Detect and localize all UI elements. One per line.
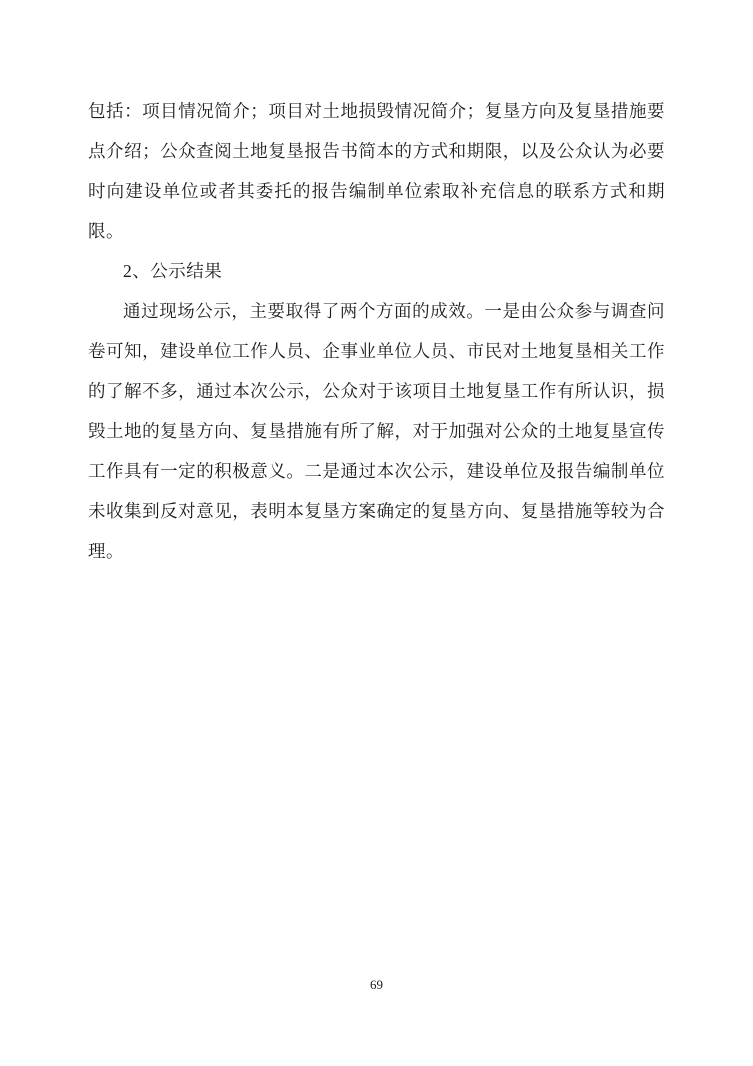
paragraph-public-notice-results: 通过现场公示，主要取得了两个方面的成效。一是由公众参与调查问 卷可知，建设单位工… [88,291,665,571]
text-line: 卷可知，建设单位工作人员、企事业单位人员、市民对土地复垦相关工作 [88,331,665,371]
text-line: 工作具有一定的积极意义。二是通过本次公示，建设单位及报告编制单位 [88,451,665,491]
section-heading: 2、公示结果 [88,251,665,291]
text-line: 的了解不多，通过本次公示，公众对于该项目土地复垦工作有所认识，损 [88,371,665,411]
page-number: 69 [0,977,753,993]
paragraph-public-notice-contents: 包括：项目情况简介；项目对土地损毁情况简介；复垦方向及复垦措施要 点介绍；公众查… [88,91,665,251]
text-line: 时向建设单位或者其委托的报告编制单位索取补充信息的联系方式和期 [88,171,665,211]
text-line: 未收集到反对意见，表明本复垦方案确定的复垦方向、复垦措施等较为合 [88,491,665,531]
text-line: 限。 [88,211,665,251]
text-line: 理。 [88,531,665,571]
document-page: 包括：项目情况简介；项目对土地损毁情况简介；复垦方向及复垦措施要 点介绍；公众查… [0,0,753,1066]
text-line: 通过现场公示，主要取得了两个方面的成效。一是由公众参与调查问 [88,291,665,331]
document-body: 包括：项目情况简介；项目对土地损毁情况简介；复垦方向及复垦措施要 点介绍；公众查… [88,91,665,571]
text-line: 点介绍；公众查阅土地复垦报告书简本的方式和期限，以及公众认为必要 [88,131,665,171]
text-line: 毁土地的复垦方向、复垦措施有所了解，对于加强对公众的土地复垦宣传 [88,411,665,451]
text-line: 包括：项目情况简介；项目对土地损毁情况简介；复垦方向及复垦措施要 [88,91,665,131]
